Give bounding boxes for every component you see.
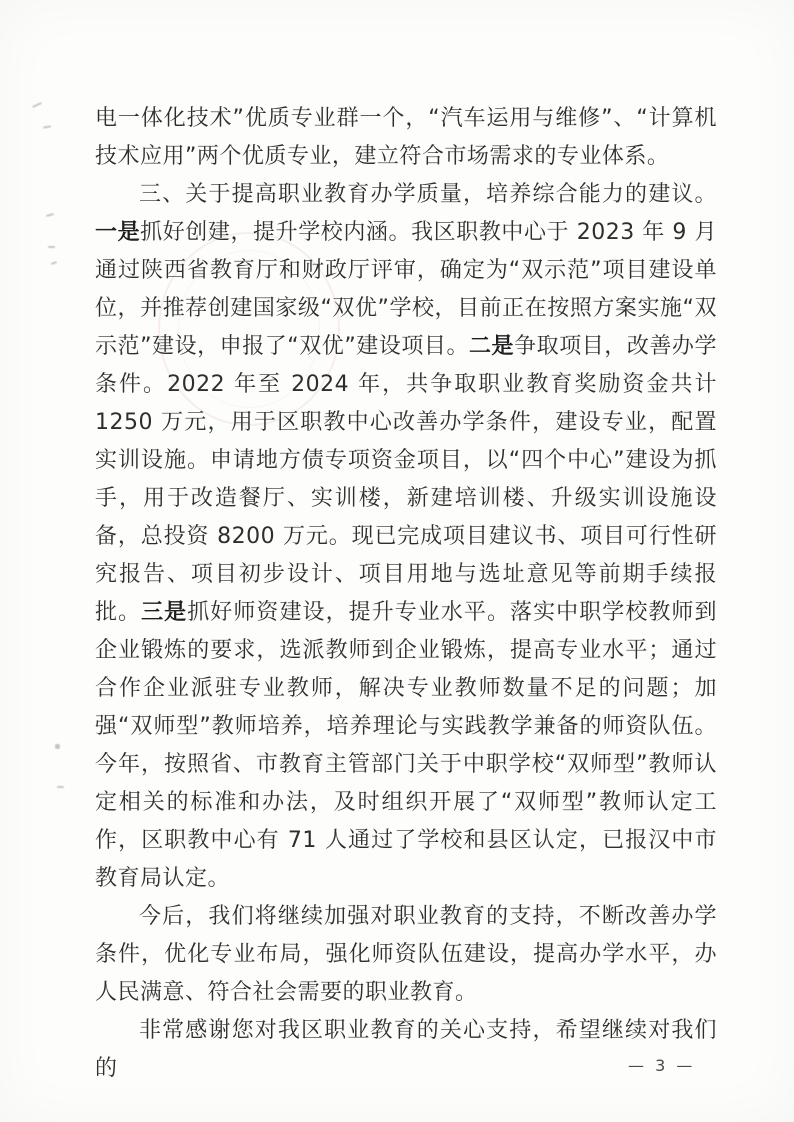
- text-segment: 三是: [141, 600, 187, 625]
- document-body: 电一体化技术”优质专业群一个，“汽车运用与维修”、“计算机技术应用”两个优质专业…: [95, 100, 717, 1088]
- paragraph: 非常感谢您对我区职业教育的关心支持，希望继续对我们的: [95, 1012, 717, 1088]
- text-segment: 二是: [469, 334, 514, 359]
- scan-smudge: [51, 261, 57, 265]
- text-segment: 争取项目，改善办学条件。2022 年至 2024 年，共争取职业教育奖励资金共计…: [95, 334, 717, 625]
- text-segment: 抓好师资建设，提升专业水平。落实中职学校教师到企业锻炼的要求，选派教师到企业锻炼…: [95, 600, 717, 891]
- paragraph: 电一体化技术”优质专业群一个，“汽车运用与维修”、“计算机技术应用”两个优质专业…: [95, 100, 717, 176]
- text-segment: 电一体化技术”优质专业群一个，“汽车运用与维修”、“计算机技术应用”两个优质专业…: [95, 106, 717, 169]
- document-page: 电一体化技术”优质专业群一个，“汽车运用与维修”、“计算机技术应用”两个优质专业…: [0, 0, 794, 1122]
- scan-smudge: [43, 125, 51, 128]
- paragraph: 今后，我们将继续加强对职业教育的支持，不断改善办学条件，优化专业布局，强化师资队…: [95, 898, 717, 1012]
- scan-smudge: [32, 102, 42, 108]
- paragraph: 三、关于提高职业教育办学质量，培养综合能力的建议。一是抓好创建，提升学校内涵。我…: [95, 176, 717, 898]
- page-number: — 3 —: [628, 1056, 695, 1075]
- scan-smudge: [46, 213, 54, 217]
- scan-smudge: [55, 744, 60, 749]
- text-segment: 三、关于提高职业教育办学质量，培养综合能力的建议。: [139, 182, 717, 207]
- scan-smudge: [48, 246, 55, 248]
- text-segment: 今后，我们将继续加强对职业教育的支持，不断改善办学条件，优化专业布局，强化师资队…: [95, 904, 717, 1005]
- text-segment: 非常感谢您对我区职业教育的关心支持，希望继续对我们的: [95, 1018, 717, 1081]
- scan-smudge: [57, 786, 64, 788]
- text-segment: 一是: [95, 220, 140, 245]
